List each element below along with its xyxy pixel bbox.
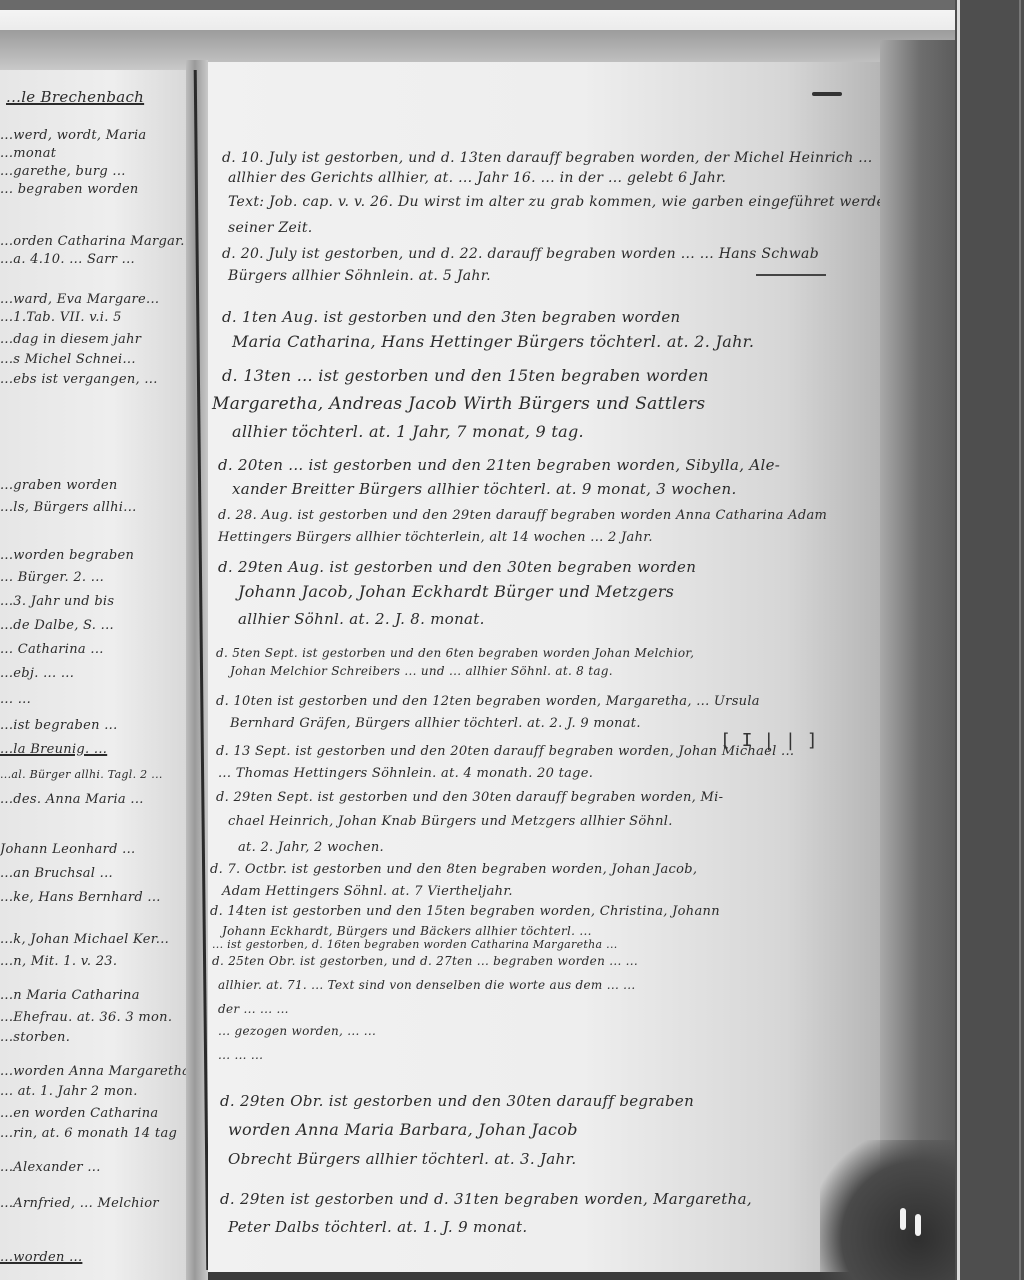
left-line: ...s Michel Schnei... [0,352,136,367]
left-line: ... begraben worden [0,182,139,197]
entry-line: ... ist gestorben, d. 16ten begraben wor… [212,938,618,951]
margin-tally-marks: [ I | | ] [720,730,818,751]
entry-line: Text: Job. cap. v. v. 26. Du wirst im al… [228,194,888,210]
edge-line [1019,0,1021,1280]
entry-line: d. 10. July ist gestorben, und d. 13ten … [222,150,873,166]
left-line: ...de Dalbe, S. ... [0,618,114,633]
left-line: ... Bürger. 2. ... [0,570,104,585]
left-line: ...3. Jahr und bis [0,594,114,609]
left-line: ...a. 4.10. ... Sarr ... [0,252,135,267]
entry-line: d. 13 Sept. ist gestorben und den 20ten … [216,744,794,759]
left-line: ...monat [0,146,56,161]
left-line: ...worden begraben [0,548,134,563]
entry-line: d. 20. July ist gestorben, und d. 22. da… [222,246,819,262]
bottom-shadow [820,1140,960,1280]
scan-artifact [915,1214,921,1236]
left-line: ...worden ... [0,1250,82,1265]
left-page: ...le Brechenbach ...werd, wordt, Maria … [0,70,188,1280]
entry-divider [756,274,826,276]
entry-line: d. 25ten Obr. ist gestorben, und d. 27te… [212,954,638,968]
entry-line: Bürgers allhier Söhnlein. at. 5 Jahr. [228,268,491,284]
left-line: ... at. 1. Jahr 2 mon. [0,1084,138,1099]
page-edge-shadow [880,40,960,1280]
left-line: ...dag in diesem jahr [0,332,141,347]
left-line: ...ebs ist vergangen, ... [0,372,158,387]
entry-line: Johann Eckhardt, Bürgers und Bäckers all… [222,924,592,938]
left-line: ...n, Mit. 1. v. 23. [0,954,117,969]
left-line: ...al. Bürger allhi. Tagl. 2 ... [0,768,163,781]
left-line: ...1.Tab. VII. v.i. 5 [0,310,122,325]
entry-line: Obrecht Bürgers allhier töchterl. at. 3.… [228,1150,576,1168]
entry-line: der ... ... ... [218,1002,289,1016]
page-number-smudge [812,92,842,96]
left-line: ... ... [0,692,31,707]
entry-line: Maria Catharina, Hans Hettinger Bürgers … [232,332,754,351]
left-line: ...an Bruchsal ... [0,866,113,881]
left-line: ...la Breunig. ... [0,742,107,757]
left-line: ...orden Catharina Margar... [0,234,188,249]
entry-line: Margaretha, Andreas Jacob Wirth Bürgers … [212,394,705,414]
scan-right-edge [955,0,1024,1280]
left-line: ...ls, Bürgers allhi... [0,500,137,515]
entry-line: d. 20ten ... ist gestorben und den 21ten… [218,456,780,474]
entry-line: d. 29ten Sept. ist gestorben und den 30t… [216,790,723,805]
entry-line: chael Heinrich, Johan Knab Bürgers und M… [228,814,673,829]
entry-line: Hettingers Bürgers allhier töchterlein, … [218,530,653,545]
entry-line: allhier Söhnl. at. 2. J. 8. monat. [238,610,485,628]
entry-line: ... gezogen worden, ... ... [218,1024,376,1038]
left-line: ...rin, at. 6 monath 14 tag [0,1126,177,1141]
entry-line: d. 29ten Obr. ist gestorben und den 30te… [220,1092,694,1110]
left-line: ...graben worden [0,478,118,493]
left-line: ...k, Johan Michael Ker... [0,932,169,947]
edge-line [957,0,960,1280]
entry-line: d. 29ten Aug. ist gestorben und den 30te… [218,558,696,576]
entry-line: d. 5ten Sept. ist gestorben und den 6ten… [216,646,694,660]
margin-rule [194,70,210,1270]
left-line: ...des. Anna Maria ... [0,792,144,807]
entry-line: Bernhard Gräfen, Bürgers allhier töchter… [230,716,641,731]
scan-artifact [900,1208,906,1230]
document-scan: ...le Brechenbach ...werd, wordt, Maria … [0,0,1024,1280]
left-line: ...garethe, burg ... [0,164,126,179]
entry-line: Johann Jacob, Johan Eckhardt Bürger und … [238,582,674,601]
left-line: ...worden Anna Margaretha [0,1064,188,1079]
left-line: ...ist begraben ... [0,718,118,733]
left-line: ...n Maria Catharina [0,988,140,1003]
left-page-header: ...le Brechenbach [6,88,144,106]
entry-line: allhier. at. 71. ... Text sind von dense… [218,978,636,992]
left-line: ...ebj. ... ... [0,666,74,681]
entry-line: ... Thomas Hettingers Söhnlein. at. 4 mo… [218,766,593,781]
entry-line: xander Breitter Bürgers allhier töchterl… [232,480,737,498]
left-line: ...Arnfried, ... Melchior [0,1196,159,1211]
entry-line: d. 1ten Aug. ist gestorben und den 3ten … [222,308,681,326]
entry-line: Adam Hettingers Söhnl. at. 7 Viertheljah… [222,884,513,899]
entry-line: d. 13ten ... ist gestorben und den 15ten… [222,366,709,385]
entry-line: d. 29ten ist gestorben und d. 31ten begr… [220,1190,752,1208]
entry-line: seiner Zeit. [228,220,313,236]
left-line: ...werd, wordt, Maria [0,128,146,143]
entry-line: allhier des Gerichts allhier, at. ... Ja… [228,170,726,186]
entry-line: allhier töchterl. at. 1 Jahr, 7 monat, 9… [232,422,584,441]
left-line: ... Catharina ... [0,642,104,657]
left-line: ...Ehefrau. at. 36. 3 mon. [0,1010,172,1025]
entry-line: at. 2. Jahr, 2 wochen. [238,840,384,855]
entry-line: ... ... ... [218,1048,263,1062]
left-line: Johann Leonhard ... [0,842,135,857]
entry-line: Peter Dalbs töchterl. at. 1. J. 9 monat. [228,1218,527,1236]
entry-line: d. 14ten ist gestorben und den 15ten beg… [210,904,720,919]
entry-line: Johan Melchior Schreibers ... und ... al… [230,664,613,678]
entry-line: d. 28. Aug. ist gestorben und den 29ten … [218,508,827,523]
left-line: ...en worden Catharina [0,1106,158,1121]
entry-line: d. 7. Octbr. ist gestorben und den 8ten … [210,862,697,877]
entry-line: worden Anna Maria Barbara, Johan Jacob [228,1120,578,1139]
right-page: d. 10. July ist gestorben, und d. 13ten … [208,62,888,1272]
left-line: ...ke, Hans Bernhard ... [0,890,161,905]
entry-line: d. 10ten ist gestorben und den 12ten beg… [216,694,760,709]
left-line: ...Alexander ... [0,1160,101,1175]
left-line: ...storben. [0,1030,70,1045]
page-gutter [186,60,208,1280]
left-line: ...ward, Eva Margare... [0,292,159,307]
